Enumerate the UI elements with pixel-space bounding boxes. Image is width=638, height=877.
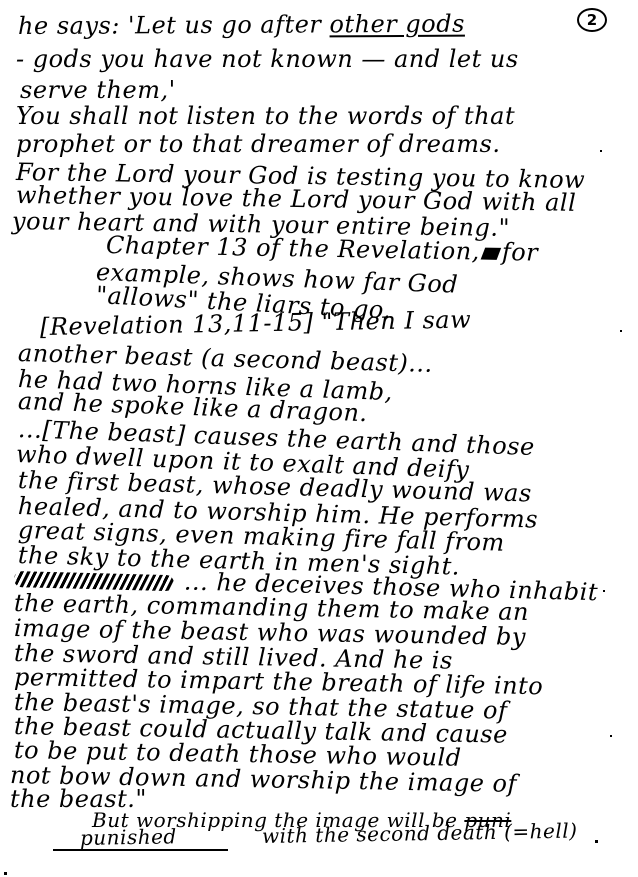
underline-stroke — [53, 849, 228, 851]
speck — [600, 150, 602, 152]
speck — [610, 735, 612, 737]
speck — [4, 872, 7, 875]
text-line-part: for — [502, 238, 539, 267]
crossed-out-mark — [481, 247, 502, 259]
text-line: with the second death (=hell) — [262, 820, 578, 846]
scribbled-out-word — [14, 571, 174, 591]
text-line: serve them,' — [20, 78, 176, 102]
speck — [595, 840, 598, 843]
text-line-part: he says: 'Let us go after — [18, 10, 322, 40]
text-line: - gods you have not known — and let us — [16, 47, 519, 71]
text-line: You shall not listen to the words of tha… — [16, 104, 515, 128]
handwritten-page: 2 he says: 'Let us go after other gods -… — [0, 0, 638, 877]
page-number-badge: 2 — [577, 8, 607, 32]
text-line: prophet or to that dreamer of dreams. — [16, 132, 500, 156]
speck — [620, 330, 622, 332]
underlined-phrase: other gods — [329, 10, 465, 39]
text-line: he says: 'Let us go after other gods — [18, 12, 465, 38]
text-line: punished — [80, 826, 177, 848]
speck — [603, 590, 605, 592]
text-line: [Revelation 13,11-15] "Then I saw — [40, 307, 472, 339]
